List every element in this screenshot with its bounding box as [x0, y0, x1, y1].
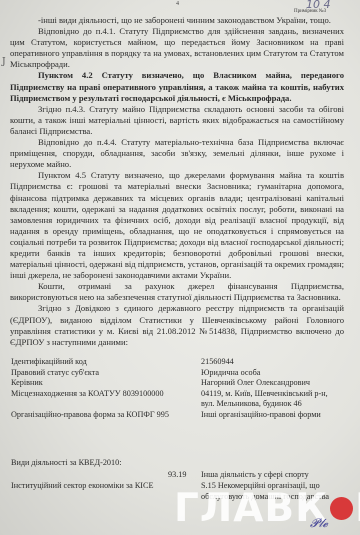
row-value: 04119, м. Київ, Шевченківський р-н, вул.… [201, 389, 341, 410]
kise-label: Інституційний сектор економіки за КІСЕ [11, 481, 153, 492]
row-key: Ідентифікаційний код [11, 357, 201, 368]
kved-description: Інша діяльність у сфері спорту [201, 470, 341, 481]
row-key: Організаційно-правова форма за КОПФГ 995 [11, 410, 201, 421]
paragraph: Відповідно до п.4.4. Статуту матеріально… [10, 137, 344, 170]
row-value: Нагорний Олег Олександрович [201, 378, 341, 389]
paragraph: Кошти, отримані за рахунок джерел фінанс… [10, 281, 344, 303]
paragraph: Згідно з Довідкою з єдиного державного р… [10, 303, 344, 347]
row-key: Правовий статус суб'єкта [11, 368, 201, 379]
paragraph: Пунктом 4.5 Статуту визначено, що джерел… [10, 170, 344, 281]
watermark-dot-icon [330, 497, 353, 520]
row-key: Керівник [11, 378, 201, 389]
paragraph-bold: Пунктом 4.2 Статуту визначено, що Власни… [10, 70, 344, 103]
paragraph: Відповідно до п.4.1. Статуту Підприємств… [10, 26, 344, 70]
page-number: 4 [176, 1, 179, 7]
margin-mark: Ϳ [2, 56, 6, 67]
row-value: Юридична особа [201, 368, 341, 379]
paragraph: Згідно п.4.3. Статуту майно Підприємства… [10, 104, 344, 137]
table-row: Правовий статус суб'єктаЮридична особа [11, 368, 341, 379]
watermark-text-right: М [355, 486, 360, 531]
table-row: Місцезнаходження за КОАТУУ 8039100000041… [11, 389, 341, 410]
row-key: Місцезнаходження за КОАТУУ 8039100000 [11, 389, 201, 410]
kved-code: 93.19 [168, 470, 186, 481]
table-row: КерівникНагорний Олег Олександрович [11, 378, 341, 389]
row-value: Інші організаційно-правові форми [201, 410, 341, 421]
signature: 𝓟𝓁𝓮 [310, 516, 328, 531]
document-body: -інші види діяльності, що не заборонені … [10, 15, 344, 348]
document-page: 4 10 4 Примірник №3 Ϳ -інші види діяльно… [0, 0, 360, 535]
paragraph: -інші види діяльності, що не заборонені … [10, 15, 344, 26]
row-value: 21560944 [201, 357, 341, 368]
appendix-label: Примірник №3 [294, 9, 326, 14]
table-row: Ідентифікаційний код21560944 [11, 357, 341, 368]
edrpou-table: Ідентифікаційний код21560944 Правовий ст… [11, 357, 341, 421]
glavcom-watermark: ГЛАВК М [174, 486, 360, 531]
table-row: Організаційно-правова форма за КОПФГ 995… [11, 410, 341, 421]
watermark-text-left: ГЛАВК [174, 486, 328, 531]
kved-label: Види діяльності за КВЕД-2010: [11, 458, 121, 469]
